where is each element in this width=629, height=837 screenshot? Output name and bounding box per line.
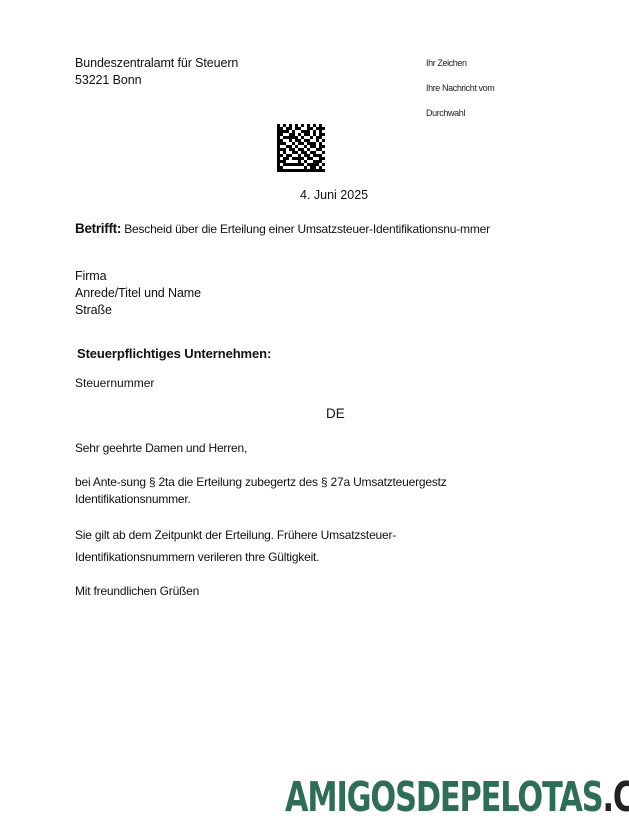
watermark-logo: AMIGOSDEPELOTAS.COM [285, 772, 629, 822]
company-section-heading: Steuerpflichtiges Unternehmen: [77, 346, 271, 361]
tax-number-label: Steuernummer [75, 376, 154, 390]
recipient-address: Firma Anrede/Titel und Name Straße [75, 268, 201, 319]
subject-label: Betrifft: [75, 221, 121, 236]
datamatrix-code-icon [277, 124, 325, 172]
sender-city: 53221 Bonn [75, 72, 238, 89]
recipient-name: Anrede/Titel und Name [75, 285, 201, 302]
reference-fields: Ihr Zeichen Ihre Nachricht vom Durchwahl [426, 58, 494, 133]
sender-name: Bundeszentralamt für Steuern [75, 55, 238, 72]
reference-field-extension: Durchwahl [426, 108, 494, 133]
sender-address: Bundeszentralamt für Steuern 53221 Bonn [75, 55, 238, 88]
reference-field-your-message: Ihre Nachricht vom [426, 83, 494, 108]
recipient-street: Straße [75, 302, 201, 319]
subject-line: Betrifft: Bescheid über die Erteilung ei… [75, 221, 495, 237]
country-code: DE [326, 406, 345, 421]
watermark-main: AMIGOSDEPELOTAS [285, 773, 602, 821]
body-paragraph-1: bei Ante-sung § 2ta die Erteilung zubege… [75, 474, 495, 508]
watermark-tld: .COM [602, 773, 629, 821]
body-paragraph-2: Sie gilt ab dem Zeitpunkt der Erteilung.… [75, 524, 455, 568]
closing: Mit freundlichen Grüßen [75, 584, 199, 598]
subject-text: Bescheid über die Erteilung einer Umsatz… [124, 222, 490, 236]
salutation: Sehr geehrte Damen und Herren, [75, 441, 247, 455]
recipient-company: Firma [75, 268, 201, 285]
reference-field-your-sign: Ihr Zeichen [426, 58, 494, 83]
letter-date: 4. Juni 2025 [300, 188, 368, 202]
